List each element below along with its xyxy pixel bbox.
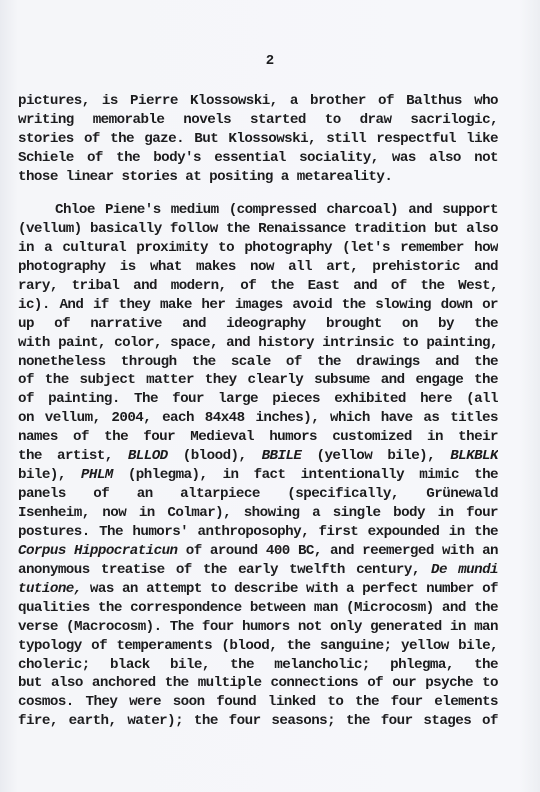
italic-title: BLKBLK xyxy=(450,448,498,464)
text-line: stories of the gaze. But Klossowski, sti… xyxy=(18,130,498,149)
text-line: of the subject matter they clearly subsu… xyxy=(18,371,498,390)
text-line: names of the four Medieval humors custom… xyxy=(18,428,498,447)
text-line: ic). And if they make her images avoid t… xyxy=(18,296,498,315)
text-line: of painting. The four large pieces exhib… xyxy=(18,390,498,409)
text-line: pictures, is Pierre Klossowski, a brothe… xyxy=(18,92,498,111)
text-line: nonetheless through the scale of the dra… xyxy=(18,353,498,372)
text-line: qualities the correspondence between man… xyxy=(18,599,498,618)
text-line: those linear stories at positing a metar… xyxy=(18,168,498,187)
text-line: the artist, BLLOD (blood), BBILE (yellow… xyxy=(18,447,498,466)
italic-title: tutione, xyxy=(18,581,82,597)
italic-title: BBILE xyxy=(262,448,302,464)
text-line: Isenheim, now in Colmar), showing a sing… xyxy=(18,504,498,523)
text-line: verse (Macrocosm). The four humors not o… xyxy=(18,618,498,637)
text-line: cosmos. They were soon found linked to t… xyxy=(18,693,498,712)
italic-title: Corpus Hippocraticun xyxy=(18,543,178,559)
paragraph-2: Chloe Piene's medium (compressed charcoa… xyxy=(18,201,498,731)
text-line: on vellum, 2004, each 84x48 inches), whi… xyxy=(18,409,498,428)
text-line: panels of an altarpiece (specifically, G… xyxy=(18,485,498,504)
text-line: fire, earth, water); the four seasons; t… xyxy=(18,712,498,731)
text-line: typology of temperaments (blood, the san… xyxy=(18,637,498,656)
page-number: 2 xyxy=(0,53,540,69)
text-line: tutione, was an attempt to describe with… xyxy=(18,580,498,599)
text-line: choleric; black bile, the melancholic; p… xyxy=(18,656,498,675)
text-line: writing memorable novels started to draw… xyxy=(18,111,498,130)
text-line: Corpus Hippocraticun of around 400 BC, a… xyxy=(18,542,498,561)
text-line: Schiele of the body's essential socialit… xyxy=(18,149,498,168)
text-line: up of narrative and ideography brought o… xyxy=(18,315,498,334)
paragraph-1: pictures, is Pierre Klossowski, a brothe… xyxy=(18,92,498,187)
text-line: postures. The humors' anthroposophy, fir… xyxy=(18,523,498,542)
text-line: (vellum) basically follow the Renaissanc… xyxy=(18,220,498,239)
text-line: bile), PHLM (phlegma), in fact intention… xyxy=(18,466,498,485)
document-page: 2 pictures, is Pierre Klossowski, a brot… xyxy=(0,0,540,792)
italic-title: PHLM xyxy=(81,467,113,483)
text-line: in a cultural proximity to photography (… xyxy=(18,239,498,258)
text-line: anonymous treatise of the early twelfth … xyxy=(18,561,498,580)
text-line: photography is what makes now all art, p… xyxy=(18,258,498,277)
italic-title: De mundi consti- xyxy=(18,562,498,580)
italic-title: BLLOD xyxy=(128,448,168,464)
text-line: rary, tribal and modern, of the East and… xyxy=(18,277,498,296)
text-line: Chloe Piene's medium (compressed charcoa… xyxy=(18,201,498,220)
text-line: but also anchored the multiple connectio… xyxy=(18,674,498,693)
text-line: with paint, color, space, and history in… xyxy=(18,334,498,353)
